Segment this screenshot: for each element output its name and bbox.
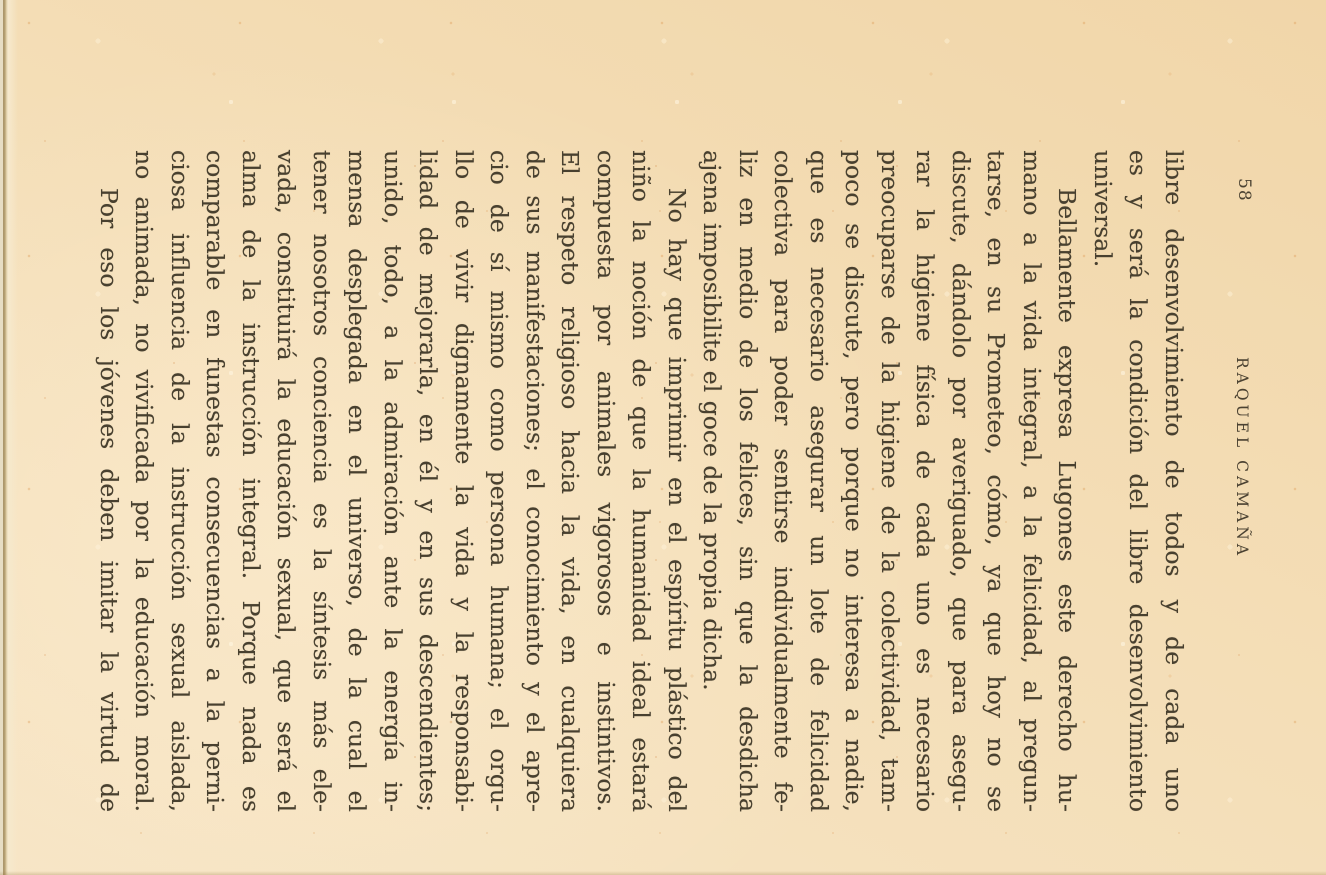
text-line: poco se discute, pero porque no interesa… [836, 150, 872, 812]
text-line: mano a la vida integral, a la felicidad,… [1014, 150, 1050, 812]
running-title: RAQUEL CAMAÑA [1233, 348, 1251, 568]
body-text: libre desenvolvimiento de todos y de cad… [91, 150, 1192, 812]
text-line: universal. [1085, 150, 1121, 812]
text-line: tener nosotros conciencia es la síntesis… [304, 150, 340, 812]
text-line: liz en medio de los felices, sin que la … [730, 150, 766, 812]
text-line: comparable en funestas consecuencias a l… [197, 150, 233, 812]
text-line: libre desenvolvimiento de todos y de cad… [1156, 150, 1192, 812]
page-number: 58 [1234, 178, 1254, 202]
text-line: ajena imposibilite el goce de la propia … [694, 150, 730, 812]
text-line: alma de la instrucción integral. Porque … [233, 150, 269, 812]
text-line: no animada, no vivificada por la educaci… [126, 150, 162, 812]
text-line: vada, constituirá la educación sexual, q… [268, 150, 304, 812]
text-line: Por eso los jóvenes deben imitar la virt… [91, 150, 127, 812]
text-line: tarse, en su Prometeo, cómo, ya que hoy … [978, 150, 1014, 812]
text-line: Bellamente expresa Lugones este derecho … [1049, 150, 1085, 812]
text-line: unido, todo, a la admiración ante la ene… [375, 150, 411, 812]
text-line: niño la noción de que la humanidad ideal… [623, 150, 659, 812]
text-line: compuesta por animales vigorosos e insti… [588, 150, 624, 812]
text-line: mensa desplegada en el universo, de la c… [339, 150, 375, 812]
text-line: preocuparse de la higiene de la colectiv… [872, 150, 908, 812]
text-line: lidad de mejorarla, en él y en sus desce… [410, 150, 446, 812]
scan-page-edge [0, 0, 18, 875]
text-line: que es necesario asegurar un lote de fel… [801, 150, 837, 812]
text-line: colectiva para poder sentirse individual… [765, 150, 801, 812]
text-line: ciosa influencia de la instrucción sexua… [162, 150, 198, 812]
scanned-book-page: 58 RAQUEL CAMAÑA libre desenvolvimiento … [0, 0, 1326, 875]
text-line: No hay que imprimir en el espíritu plást… [659, 150, 695, 812]
text-line: rar la higiene física de cada uno es nec… [907, 150, 943, 812]
scan-shadow-edge [0, 871, 1326, 875]
text-line: El respeto religioso hacia la vida, en c… [552, 150, 588, 812]
text-line: es y será la condición del libre desenvo… [1120, 150, 1156, 812]
text-line: cio de sí mismo como persona humana; el … [481, 150, 517, 812]
text-line: discute, dándolo por averiguado, que par… [943, 150, 979, 812]
text-line: llo de vivir dignamente la vida y la res… [446, 150, 482, 812]
book-page: 58 RAQUEL CAMAÑA libre desenvolvimiento … [0, 0, 1326, 875]
text-line: de sus manifestaciones; el conocimiento … [517, 150, 553, 812]
